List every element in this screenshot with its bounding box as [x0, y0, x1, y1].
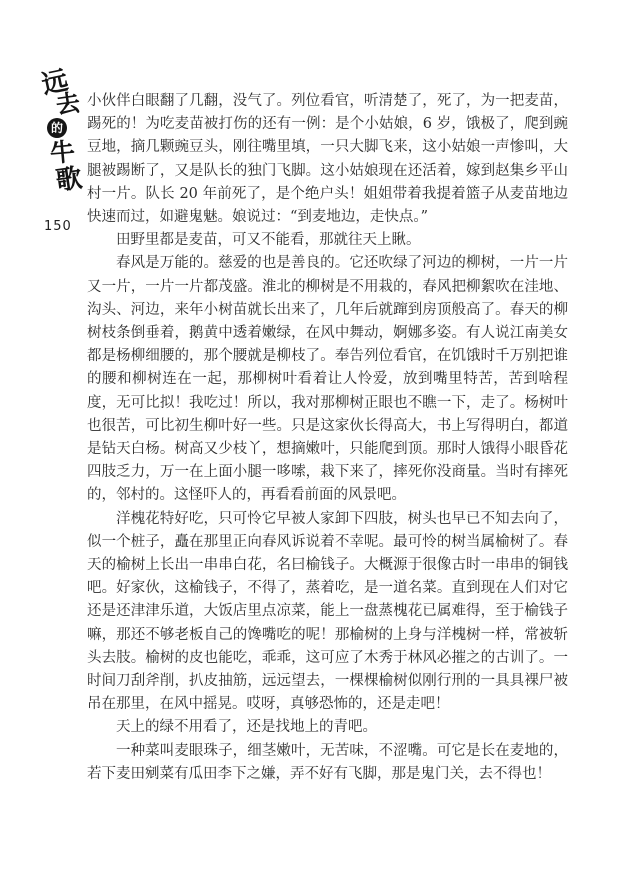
- logo-char-de-circled: 的: [47, 118, 67, 138]
- paragraph-1-continuation: 小伙伴白眼翻了几翻，没气了。列位看官，听清楚了，死了，为一把麦苗，踢死的！为吃麦…: [87, 90, 568, 229]
- page-number: 150: [44, 219, 72, 234]
- paragraph-2: 田野里都是麦苗，可又不能看，那就往天上瞅。: [87, 229, 568, 252]
- logo-char-qu: 去: [54, 90, 81, 117]
- book-title-calligraphy: 远 去 的 牛 歌: [36, 70, 86, 195]
- logo-char-niu: 牛: [49, 139, 76, 166]
- body-text: 小伙伴白眼翻了几翻，没气了。列位看官，听清楚了，死了，为一把麦苗，踢死的！为吃麦…: [87, 90, 568, 786]
- paragraph-5: 天上的绿不用看了，还是找地上的青吧。: [87, 716, 568, 739]
- book-page: 远 去 的 牛 歌 150 小伙伴白眼翻了几翻，没气了。列位看官，听清楚了，死了…: [0, 0, 634, 891]
- paragraph-4: 洋槐花特好吃，只可怜它早被人家卸下四肢，树头也早已不知去向了，似一个桩子，矗在那…: [87, 508, 568, 717]
- paragraph-3: 春风是万能的。慈爱的也是善良的。它还吹绿了河边的柳树，一片一片又一片，一片一片都…: [87, 252, 568, 507]
- logo-char-ge: 歌: [54, 165, 83, 194]
- paragraph-6: 一种菜叫麦眼珠子，细茎嫩叶，无苦味，不涩嘴。可它是长在麦地的，若下麦田剜菜有瓜田…: [87, 740, 568, 786]
